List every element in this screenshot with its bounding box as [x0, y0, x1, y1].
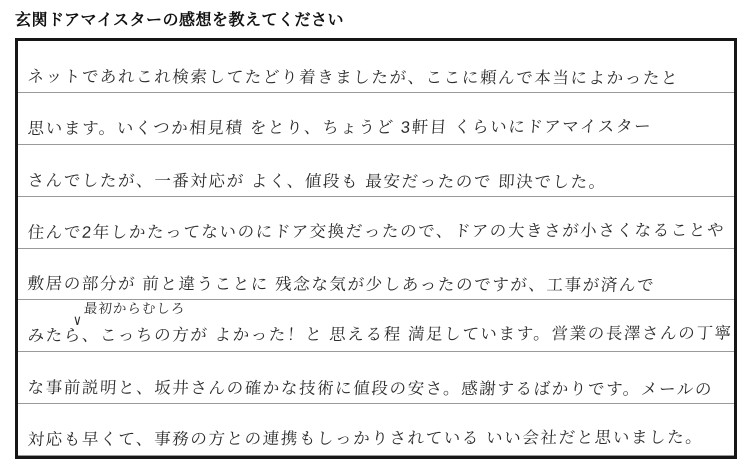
review-line: 対応も早くて、事務の方との連携もしっかりされている いい会社だと思いました。 — [18, 404, 734, 456]
page-title: 玄関ドアマイスターの感想を教えてください — [15, 7, 344, 30]
review-line: 住んで2年しかたってないのにドア交換だったので、ドアの大きさが小さくなることや — [18, 197, 734, 249]
insertion-text: 最初からむしろ — [73, 297, 186, 317]
review-line-text: ネットであれこれ検索してたどり着きましたが、ここに頼んで本当によかったと — [27, 68, 680, 89]
review-line-text: 対応も早くて、事務の方との連携もしっかりされている いい会社だと思いました。 — [27, 429, 704, 450]
review-line-text: 敷居の部分が 前と違うことに 残念な気が少しあったのですが、工事が済んで — [27, 275, 656, 296]
review-line-text: な事前説明と、坂井さんの確かな技術に値段の安さ。感謝するばかりです。メールの — [27, 379, 713, 400]
review-line: 思います。いくつか相見積 をとり、ちょうど 3軒目 くらいにドアマイスター — [18, 93, 734, 145]
review-line-text: 思います。いくつか相見積 をとり、ちょうど 3軒目 くらいにドアマイスター — [27, 118, 653, 139]
review-box: ネットであれこれ検索してたどり着きましたが、ここに頼んで本当によかったと 思いま… — [15, 38, 737, 459]
review-line-text: 住んで2年しかたってないのにドア交換だったので、ドアの大きさが小さくなることや — [27, 221, 726, 242]
inserted-text: ∨ 最初からむしろ — [74, 297, 186, 318]
review-line: な事前説明と、坂井さんの確かな技術に値段の安さ。感謝するばかりです。メールの — [18, 352, 734, 404]
review-line: さんでしたが、一番対応が よく、値段も 最安だったので 即決でした。 — [18, 145, 734, 197]
review-line-text: みたら、こっちの方が よかった！と 思える程 満足しています。営業の長澤さんの丁… — [27, 325, 733, 346]
review-line: ネットであれこれ検索してたどり着きましたが、ここに頼んで本当によかったと — [18, 41, 734, 93]
review-line-text: さんでしたが、一番対応が よく、値段も 最安だったので 即決でした。 — [27, 172, 607, 192]
review-line: 敷居の部分が 前と違うことに 残念な気が少しあったのですが、工事が済んで — [18, 249, 734, 301]
